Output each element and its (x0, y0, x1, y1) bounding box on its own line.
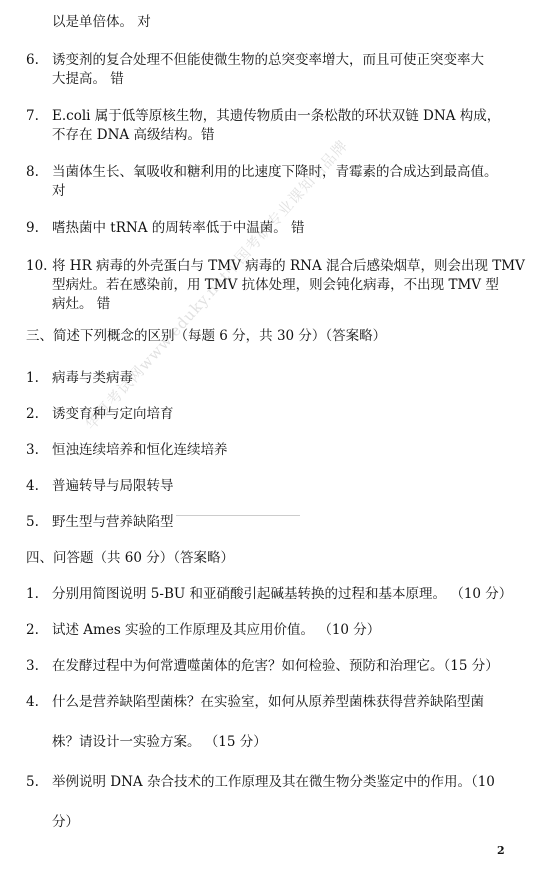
item-text: 试述 Ames 实验的工作原理及其应用价值。 （10 分） (52, 622, 380, 638)
section-3-heading: 三、简述下列概念的区别（每题 6 分，共 30 分）（答案略） (26, 328, 386, 344)
item-text: 病灶。 错 (52, 296, 110, 312)
section-4-heading: 四、问答题（共 60 分）（答案略） (26, 550, 234, 566)
item-text: 举例说明 DNA 杂合技术的工作原理及其在微生物分类鉴定中的作用。（10 (52, 774, 495, 790)
item-text: 分别用简图说明 5-BU 和亚硝酸引起碱基转换的过程和基本原理。 （10 分） (52, 586, 512, 602)
item-number: 2. (26, 406, 39, 422)
item-number: 5. (26, 514, 39, 530)
page-number: 2 (497, 844, 505, 857)
item-number: 6. (26, 52, 39, 68)
item-text: 普遍转导与局限转导 (52, 478, 174, 494)
item-text: 诱变剂的复合处理不但能使微生物的总突变率增大，而且可使正突变率大 (52, 52, 484, 68)
item-number: 9. (26, 220, 39, 236)
item-number: 10. (26, 258, 47, 274)
item-text: 大提高。 错 (52, 71, 124, 87)
item-text: 对 (52, 183, 66, 199)
item-text: 株？请设计一实验方案。 （15 分） (52, 734, 267, 750)
item-number: 2. (26, 622, 39, 638)
scan-rule-line (176, 515, 300, 516)
item-text: 当菌体生长、氧吸收和糖利用的比速度下降时，青霉素的合成达到最高值。 (52, 164, 498, 180)
item-number: 3. (26, 442, 39, 458)
item-number: 7. (26, 108, 39, 124)
item-number: 4. (26, 478, 39, 494)
item-text: 将 HR 病毒的外壳蛋白与 TMV 病毒的 RNA 混合后感染烟草，则会出现 T… (52, 258, 525, 274)
item-text: 分） (52, 814, 79, 830)
item-text: 什么是营养缺陷型菌株？在实验室，如何从原养型菌株获得营养缺陷型菌 (52, 694, 484, 710)
item-text: 野生型与营养缺陷型 (52, 514, 174, 530)
item-number: 3. (26, 658, 39, 674)
item-number: 5. (26, 774, 39, 790)
item-number: 4. (26, 694, 39, 710)
item-text: 不存在 DNA 高级结构。错 (52, 127, 214, 143)
item-text: 在发酵过程中为何常遭噬菌体的危害？如何检验、预防和治理它。（15 分） (52, 658, 499, 674)
item-number: 8. (26, 164, 39, 180)
item-text: E.coli 属于低等原核生物，其遗传物质由一条松散的环状双链 DNA 构成， (52, 108, 500, 124)
continuation-text: 以是单倍体。 对 (52, 14, 151, 30)
item-text: 型病灶。若在感染前，用 TMV 抗体处理，则会钝化病毒，不出现 TMV 型 (52, 277, 499, 293)
item-number: 1. (26, 370, 39, 386)
item-number: 1. (26, 586, 39, 602)
item-text: 恒浊连续培养和恒化连续培养 (52, 442, 228, 458)
